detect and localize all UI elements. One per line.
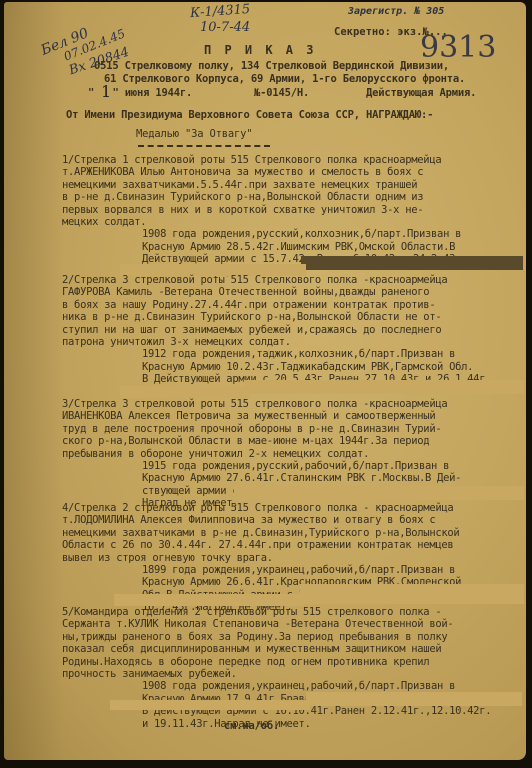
entry-line: Сержанта т.КУЛИК Николая Степановича -Ве… [62, 618, 522, 630]
redaction-block [234, 486, 524, 500]
redaction-block [300, 584, 524, 604]
bio-line: 1912 года рождения,таджик,колхозник,б/па… [62, 348, 522, 360]
award-preamble: От Имени Президиума Верховного Совета Со… [66, 109, 433, 122]
entry-line: немецкими захватчиками в р-не д.Свиназин… [62, 527, 522, 539]
unit-line-2: 61 Стрелкового Корпуса, 69 Армии, 1-го Б… [104, 73, 465, 86]
redaction-block [306, 692, 522, 706]
entry-line: 4/Стрелка 2 стрелковой роты 515 Стрелков… [62, 502, 522, 514]
entry-line: пребывания в обороне уничтожил 2-х немец… [62, 448, 522, 460]
continued-on-reverse: см.на/об. [224, 720, 279, 733]
unit-line-1: 0515 Стрелковому полку, 134 Стрелковой В… [94, 60, 449, 73]
entry-line: в боях за нашу Родину.27.4.44г.при отраж… [62, 299, 522, 311]
entry-line: ны,трижды раненого в боях за Родину.За п… [62, 631, 522, 643]
entry-line: ГАФУРОВА Камиль -Ветерана Отечественной … [62, 286, 522, 298]
bio-line: Красную Армию 27.6.41г.Сталинским РВК г.… [62, 472, 522, 484]
entry-line: ника в р-не д.Свиназин Турийского р-на,В… [62, 311, 522, 323]
entry-line: ского р-на,Волынской Области в мае-июне … [62, 435, 522, 447]
medal-name: Медалью "За Отвагу" [136, 128, 252, 141]
medal-underline [138, 145, 270, 147]
redaction-block [244, 380, 524, 394]
entry-line: 2/Стрелка 3 стрелковой роты 515 Стрелков… [62, 274, 522, 286]
entry-line: показал себя дисциплинированным и мужест… [62, 643, 522, 655]
entry-line: первых ворвался в них и в короткой схват… [62, 204, 522, 216]
document-title: П Р И К А З [204, 44, 316, 57]
entry-line: т.АРЖЕНИКОВА Илью Антоновича за мужество… [62, 166, 522, 178]
entry-line: вывел из строя огневую точку врага. [62, 552, 522, 564]
entry-line: 5/Командира отделения 2 стрелковой роты … [62, 606, 522, 618]
entry-line: ИВАНЕНКОВА Алексея Петровича за мужестве… [62, 410, 522, 422]
order-date: " " июня 1944г. [88, 87, 192, 100]
entry-line: 1/Стрелка 1 стрелковой роты 515 Стрелков… [62, 154, 522, 166]
entry-line: ступил ни на шаг от занимаемых рубежей и… [62, 324, 522, 336]
bio-line: и 19.11.43г.Наград не имеет. [62, 718, 522, 730]
handwritten-archive-date: 10-7-44 [200, 20, 250, 35]
entry-line: т.ЛОДОМИЛИНА Алексея Филипповича за муже… [62, 514, 522, 526]
bio-line: 1899 года рождения,украинец,рабочий,б/па… [62, 564, 522, 576]
order-location: Действующая Армия. [366, 87, 476, 100]
redaction-block [110, 700, 310, 710]
entry-line: патрона уничтожил 3-х немецких солдат. [62, 336, 522, 348]
entry-line: мецких солдат. [62, 216, 522, 228]
entry-line: в р-не д.Свиназин Турийского р-на,Волынс… [62, 191, 522, 203]
entry-line: прочность занимаемых рубежей. [62, 668, 522, 680]
bio-line: Красную Армию 10.2.43г.Таджикабадским РВ… [62, 361, 522, 373]
handwritten-archive-ref: К-1/4315 [190, 2, 251, 21]
bio-line: 1908 года рождения,русский,колхозник,б/п… [62, 228, 522, 240]
archival-award-order-page: К-1/4315 10-7-44 Бел 90 07.02.4.45 Вх 20… [4, 2, 526, 760]
redaction-block [120, 386, 250, 398]
bio-line: Красную Армию 28.5.42г.Ишимским РВК,Омск… [62, 241, 522, 253]
secret-marking: Секретно: экз.№... [334, 26, 448, 38]
redaction-block [114, 594, 304, 606]
redaction-block [301, 256, 523, 270]
registration-stamp: Зарегистр. № 305 [348, 6, 444, 17]
entry-line: 3/Стрелка 3 стрелковой роты 515 стрелков… [62, 398, 522, 410]
bio-line: 1915 года рождения,русский,рабочий,б/пар… [62, 460, 522, 472]
entry-line: Области с 26 по 30.4.44г. 27.4.44г.при о… [62, 539, 522, 551]
order-number: №-0145/Н. [254, 87, 309, 100]
bio-line: 1908 года рождения,украинец,рабочий,б/па… [62, 680, 522, 692]
entry-line: Родины.Находясь в обороне передке под ог… [62, 656, 522, 668]
entry-line: труд в деле построения прочной обороны в… [62, 423, 522, 435]
entry-line: немецкими захватчиками.5.5.44г.при захва… [62, 179, 522, 191]
awardee-entry-5: 5/Командира отделения 2 стрелковой роты … [62, 606, 522, 730]
